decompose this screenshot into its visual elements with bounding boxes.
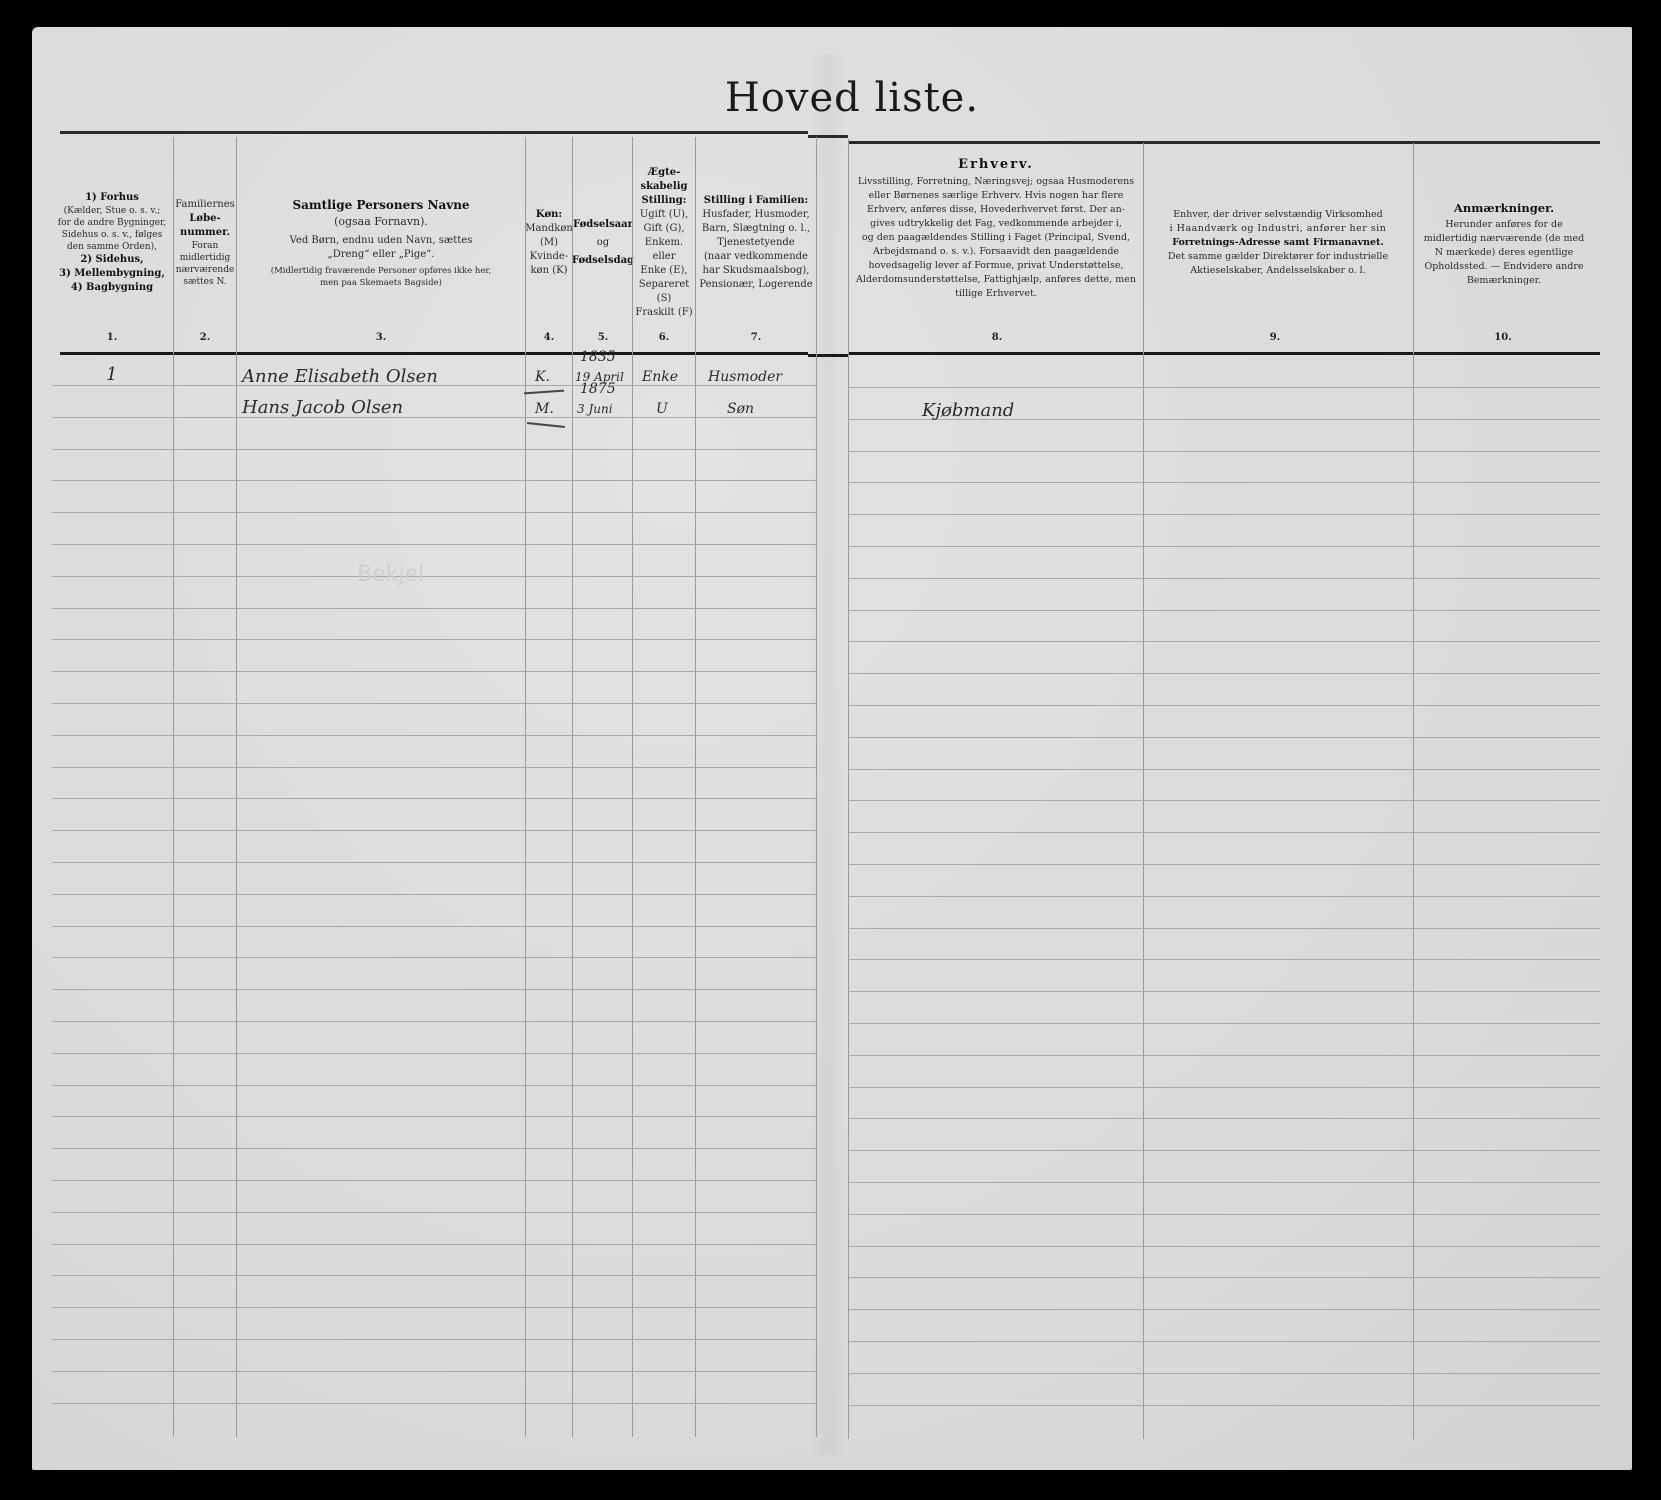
header-text: Enhver, der driver selvstændig Virksomhe… (1173, 208, 1383, 222)
col-number-3: 3. (361, 332, 401, 343)
entry-2-name: Hans Jacob Olsen (242, 397, 403, 418)
row-line (848, 482, 1600, 483)
header-text: Fødselsaar (573, 219, 633, 230)
header-text: Ægte- (648, 167, 680, 178)
header-text: har Skudsmaalsbog), (703, 264, 810, 278)
row-line (848, 928, 1600, 929)
header-text: Mandkøn (525, 222, 573, 236)
row-line (52, 1148, 816, 1149)
pen-stroke (527, 422, 565, 428)
header-text: Familiernes (175, 198, 235, 212)
header-text: Ugift (U), (640, 208, 688, 222)
header-text: Kvinde- (530, 250, 568, 264)
row-line (52, 544, 816, 545)
col-number-5: 5. (583, 332, 623, 343)
header-text: Det samme gælder Direktører for industri… (1168, 250, 1388, 264)
header-text: Stilling i Familien: (704, 195, 808, 206)
header-text: eller Børnenes særlige Erhverv. Hvis nog… (869, 189, 1124, 203)
row-line (848, 1309, 1600, 1310)
page-title: Hoved liste. (32, 75, 1652, 121)
row-line (848, 800, 1600, 801)
row-line (52, 608, 816, 609)
header-text: Gift (G), (643, 222, 684, 236)
header-col-10: Anmærkninger. Herunder anføres for de mi… (1414, 137, 1594, 349)
row-line (52, 894, 816, 895)
header-text: Enkem. eller (633, 236, 695, 264)
header-text: nummer. (180, 227, 230, 238)
header-text: køn (K) (531, 264, 568, 278)
column-divider (525, 137, 526, 1437)
row-line (52, 1275, 816, 1276)
entry-1-name: Anne Elisabeth Olsen (242, 366, 438, 387)
header-text: og den paagældendes Stilling i Faget (Pr… (862, 231, 1130, 245)
col-number-9: 9. (1255, 332, 1295, 343)
entry-2-marital: U (656, 401, 668, 417)
header-text: (ogsaa Fornavn). (334, 214, 428, 230)
header-text: Stilling: (642, 195, 687, 206)
column-divider (848, 139, 849, 1439)
header-text: Opholdssted. — Endvidere andre (1424, 260, 1583, 274)
row-line (848, 1055, 1600, 1056)
row-line (848, 1277, 1600, 1278)
header-text: i Haandværk og Industri, anfører her sin (1170, 222, 1387, 236)
header-text: og (597, 236, 609, 250)
col-number-7: 7. (736, 332, 776, 343)
row-line (848, 1214, 1600, 1215)
header-text: tillige Erhvervet. (955, 287, 1037, 301)
row-line (848, 1373, 1600, 1374)
row-line (52, 1180, 816, 1181)
header-text: Fødselsdag (572, 255, 634, 266)
row-line (52, 512, 816, 513)
row-line (848, 514, 1600, 515)
header-text: 2) Sidehus, (80, 254, 143, 265)
header-text: Fraskilt (F) (635, 306, 692, 320)
header-text: Enke (E), (640, 264, 687, 278)
header-text: Samtlige Personers Navne (292, 198, 469, 212)
row-line (52, 1116, 816, 1117)
header-text: den samme Orden), (67, 241, 157, 253)
header-text: (Kælder, Stue o. s. v.; (64, 205, 161, 217)
header-text: N mærkede) deres egentlige (1435, 246, 1573, 260)
row-line (52, 417, 816, 418)
header-text: Separeret (639, 278, 690, 292)
row-line (52, 1403, 816, 1404)
header-title: Anmærkninger. (1454, 201, 1554, 215)
row-line (848, 959, 1600, 960)
header-col-6: Ægte- skabelig Stilling: Ugift (U), Gift… (633, 137, 695, 349)
header-text: for de andre Bygninger, (58, 217, 166, 229)
header-title: Erhverv. (958, 157, 1034, 172)
row-line (52, 1244, 816, 1245)
header-text: gives udtrykkelig det Fag, vedkommende a… (870, 217, 1122, 231)
column-divider (632, 137, 633, 1437)
header-col-9: Enhver, der driver selvstændig Virksomhe… (1144, 137, 1412, 349)
bleed-through-text: Bekjel (357, 562, 424, 587)
entry-1-marital: Enke (642, 369, 678, 385)
header-text: Arbejdsmand o. s. v.). Forsaavidt den pa… (873, 245, 1119, 259)
header-text: Køn: (536, 209, 562, 220)
header-text: Ved Børn, endnu uden Navn, sættes (290, 234, 473, 248)
header-text: Forretnings-Adresse samt Firmanavnet. (1172, 237, 1384, 248)
entry-2-family-position: Søn (727, 401, 754, 417)
row-line (848, 864, 1600, 865)
row-line (52, 703, 816, 704)
row-line (52, 449, 816, 450)
row-line (848, 387, 1600, 388)
column-divider (572, 137, 573, 1437)
column-divider (816, 137, 817, 1437)
row-line (52, 989, 816, 990)
row-line (848, 1150, 1600, 1151)
col-number-4: 4. (529, 332, 569, 343)
row-line (52, 671, 816, 672)
entry-1-building: 1 (106, 364, 117, 385)
header-text: sættes N. (183, 276, 226, 288)
row-line (848, 673, 1600, 674)
entry-1-birth-year: 1835 (580, 349, 616, 365)
header-rule-gutter (808, 354, 848, 357)
entry-2-sex: M. (535, 401, 554, 417)
row-line (848, 1246, 1600, 1247)
row-line (848, 1405, 1600, 1406)
row-line (848, 451, 1600, 452)
row-line (52, 1371, 816, 1372)
row-line (52, 576, 816, 577)
row-line (848, 737, 1600, 738)
header-text: (naar vedkommende (704, 250, 808, 264)
header-text: 3) Mellembygning, (59, 268, 165, 279)
col-number-1: 1. (92, 332, 132, 343)
entry-2-birth-day: 3 Juni (577, 402, 613, 416)
header-text: „Dreng“ eller „Pige“. (328, 248, 435, 262)
header-col-4: Køn: Mandkøn (M) Kvinde- køn (K) (526, 137, 572, 349)
row-line (848, 769, 1600, 770)
header-text: Alderdomsunderstøttelse, Fattighjælp, an… (856, 273, 1136, 287)
row-line (52, 1021, 816, 1022)
row-line (52, 767, 816, 768)
row-line (52, 862, 816, 863)
row-line (848, 896, 1600, 897)
entry-1-family-position: Husmoder (708, 369, 782, 385)
header-col-5: Fødselsaar og Fødselsdag (573, 137, 633, 349)
column-divider (236, 137, 237, 1437)
header-text: Livsstilling, Forretning, Næringsvej; og… (858, 175, 1134, 189)
header-text: 1) Forhus (85, 192, 139, 203)
row-line (52, 1212, 816, 1213)
entry-2-occupation: Kjøbmand (922, 400, 1014, 421)
census-page: Hoved liste. 1) Forhus (Kælder, Stue o. … (32, 27, 1632, 1470)
row-line (52, 1307, 816, 1308)
header-col-1: 1) Forhus (Kælder, Stue o. s. v.; for de… (52, 137, 172, 349)
row-line (848, 641, 1600, 642)
row-line (52, 830, 816, 831)
header-rule-right (848, 352, 1600, 355)
header-text: (M) (540, 236, 558, 250)
col-number-2: 2. (185, 332, 225, 343)
row-line (848, 832, 1600, 833)
row-line (848, 578, 1600, 579)
header-text: midlertidig nærværende (de med (1424, 232, 1584, 246)
row-line (848, 991, 1600, 992)
row-line (848, 705, 1600, 706)
header-text: (Midlertidig fraværende Personer opføres… (271, 265, 492, 277)
row-line (848, 610, 1600, 611)
entry-2-birth-year: 1875 (580, 381, 616, 397)
header-col-2: Familiernes Løbe- nummer. Foran midlerti… (175, 137, 235, 349)
header-text: hovedsagelig lever af Formue, privat Und… (869, 259, 1124, 273)
header-text: men paa Skemaets Bagside) (320, 277, 442, 289)
row-line (848, 1118, 1600, 1119)
header-text: skabelig (641, 181, 688, 192)
header-text: Husfader, Husmoder, (702, 208, 809, 222)
row-line (52, 639, 816, 640)
header-text: Bemærkninger. (1467, 274, 1541, 288)
header-col-3: Samtlige Personers Navne (ogsaa Fornavn)… (238, 137, 524, 349)
entry-1-sex: K. (535, 369, 550, 385)
header-text: Herunder anføres for de (1445, 218, 1563, 232)
row-line (52, 480, 816, 481)
header-col-8: Erhverv. Livsstilling, Forretning, Nærin… (850, 137, 1142, 349)
row-line (52, 926, 816, 927)
header-text: Løbe- (189, 213, 220, 224)
column-divider (1413, 143, 1414, 1439)
header-text: Foran (192, 240, 219, 252)
row-line (52, 1085, 816, 1086)
column-divider (695, 137, 696, 1437)
header-text: nærværende (176, 264, 235, 276)
pen-stroke (524, 390, 564, 395)
header-text: Barn, Slægtning o. l., (702, 222, 810, 236)
header-text: Erhverv, anføres disse, Hovederhvervet f… (867, 203, 1125, 217)
col-number-6: 6. (644, 332, 684, 343)
row-line (848, 1182, 1600, 1183)
header-text: Pensionær, Logerende (699, 278, 812, 292)
header-text: Aktieselskaber, Andelsselskaber o. l. (1190, 264, 1366, 278)
row-line (52, 957, 816, 958)
row-line (52, 1339, 816, 1340)
col-number-10: 10. (1483, 332, 1523, 343)
header-text: midlertidig (180, 252, 231, 264)
column-divider (173, 137, 174, 1437)
row-line (52, 1053, 816, 1054)
header-text: 4) Bagbygning (71, 282, 153, 293)
header-col-7: Stilling i Familien: Husfader, Husmoder,… (696, 137, 816, 349)
row-line (848, 1341, 1600, 1342)
row-line (52, 798, 816, 799)
row-line (52, 735, 816, 736)
column-divider (1143, 143, 1144, 1439)
col-number-8: 8. (977, 332, 1017, 343)
row-line (848, 1023, 1600, 1024)
row-line (848, 546, 1600, 547)
header-text: (S) (657, 292, 672, 306)
header-text: Sidehus o. s. v., følges (62, 229, 162, 241)
row-line (848, 1087, 1600, 1088)
header-text: Tjenestetyende (717, 236, 794, 250)
title-rule-left (60, 131, 808, 134)
